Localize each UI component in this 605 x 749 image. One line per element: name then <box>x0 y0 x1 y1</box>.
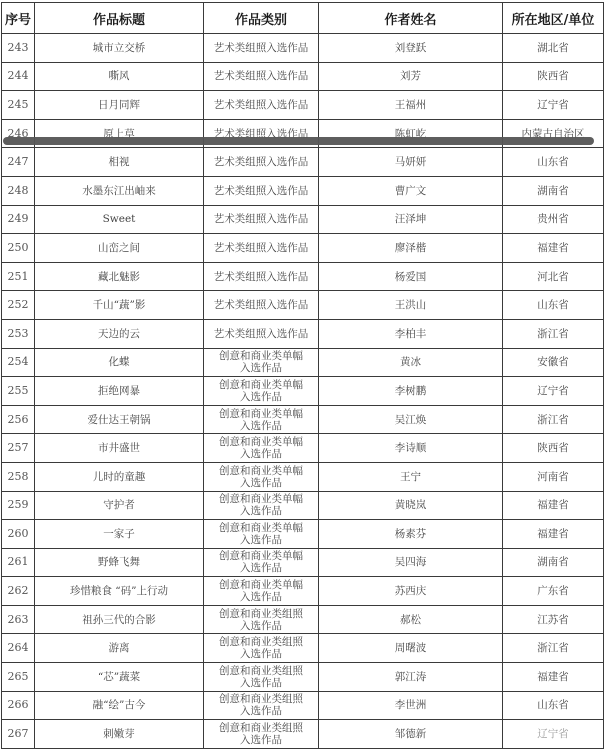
category-line-1: 创意和商业类组照 <box>219 722 303 734</box>
cell-author: 黄晓岚 <box>319 491 503 520</box>
category-line-2: 入选作品 <box>240 420 282 432</box>
cell-title: 藏北魅影 <box>35 262 204 291</box>
cell-number: 248 <box>2 176 35 205</box>
cell-region: 福建省 <box>503 663 604 692</box>
cell-region: 河北省 <box>503 262 604 291</box>
cell-category: 创意和商业类单幅入选作品 <box>204 377 319 406</box>
category-line-1: 创意和商业类单幅 <box>219 465 303 477</box>
cell-author: 王宁 <box>319 462 503 491</box>
cell-category: 创意和商业类组照入选作品 <box>204 663 319 692</box>
category-line-2: 入选作品 <box>240 362 282 374</box>
category-line-1: 创意和商业类单幅 <box>219 350 303 362</box>
cell-region: 广东省 <box>503 577 604 606</box>
cell-title: 爱仕达王朝锅 <box>35 405 204 434</box>
cell-title: 游离 <box>35 634 204 663</box>
cell-author: 李世洲 <box>319 691 503 720</box>
cell-author: 周曙波 <box>319 634 503 663</box>
table-row: 247 相视 艺术类组照入选作品 马妍妍 山东省 <box>2 148 604 177</box>
header-author: 作者姓名 <box>319 3 503 34</box>
cell-author: 杨爱国 <box>319 262 503 291</box>
cell-region: 河南省 <box>503 462 604 491</box>
cell-region: 福建省 <box>503 520 604 549</box>
award-list-table: 序号 作品标题 作品类别 作者姓名 所在地区/单位 243 城市立交桥 艺术类组… <box>1 2 604 749</box>
cell-category: 艺术类组照入选作品 <box>204 234 319 263</box>
cell-region: 浙江省 <box>503 405 604 434</box>
cell-title: 相视 <box>35 148 204 177</box>
category-line-2: 入选作品 <box>240 391 282 403</box>
cell-category: 创意和商业类单幅入选作品 <box>204 520 319 549</box>
cell-title: 珍惜粮食 “码”上行动 <box>35 577 204 606</box>
cell-category: 艺术类组照入选作品 <box>204 176 319 205</box>
document-sheet: 序号 作品标题 作品类别 作者姓名 所在地区/单位 243 城市立交桥 艺术类组… <box>1 2 603 749</box>
cell-category: 艺术类组照入选作品 <box>204 205 319 234</box>
cell-category: 创意和商业类组照入选作品 <box>204 720 319 749</box>
category-line-2: 入选作品 <box>240 562 282 574</box>
cell-category: 艺术类组照入选作品 <box>204 291 319 320</box>
table-row: 253 天边的云 艺术类组照入选作品 李柏丰 浙江省 <box>2 319 604 348</box>
cell-author: 马妍妍 <box>319 148 503 177</box>
horizontal-scrollbar-thumb[interactable] <box>3 137 594 145</box>
cell-title: 千山“蔬”影 <box>35 291 204 320</box>
table-row: 263 祖孙三代的合影 创意和商业类组照入选作品 郝松 江苏省 <box>2 605 604 634</box>
cell-title: 守护者 <box>35 491 204 520</box>
table-row: 267 刺嫩芽 创意和商业类组照入选作品 邹德新 辽宁省 <box>2 720 604 749</box>
cell-number: 265 <box>2 663 35 692</box>
cell-number: 257 <box>2 434 35 463</box>
table-header-row: 序号 作品标题 作品类别 作者姓名 所在地区/单位 <box>2 3 604 34</box>
cell-category: 艺术类组照入选作品 <box>204 148 319 177</box>
category-line-1: 创意和商业类组照 <box>219 636 303 648</box>
header-region: 所在地区/单位 <box>503 3 604 34</box>
cell-title: 水墨东江出岫来 <box>35 176 204 205</box>
cell-number: 266 <box>2 691 35 720</box>
cell-title: 化蝶 <box>35 348 204 377</box>
cell-region: 浙江省 <box>503 634 604 663</box>
cell-category: 创意和商业类单幅入选作品 <box>204 491 319 520</box>
cell-author: 吴江焕 <box>319 405 503 434</box>
cell-number: 267 <box>2 720 35 749</box>
cell-author: 廖泽楷 <box>319 234 503 263</box>
table-row: 260 一家子 创意和商业类单幅入选作品 杨素芬 福建省 <box>2 520 604 549</box>
table-row: 264 游离 创意和商业类组照入选作品 周曙波 浙江省 <box>2 634 604 663</box>
category-line-2: 入选作品 <box>240 620 282 632</box>
cell-author: 郝松 <box>319 605 503 634</box>
category-line-1: 创意和商业类组照 <box>219 693 303 705</box>
cell-author: 黄冰 <box>319 348 503 377</box>
cell-category: 创意和商业类组照入选作品 <box>204 691 319 720</box>
table-row: 257 市井盛世 创意和商业类单幅入选作品 李诗顺 陕西省 <box>2 434 604 463</box>
cell-region: 辽宁省 <box>503 91 604 120</box>
cell-number: 247 <box>2 148 35 177</box>
cell-author: 王洪山 <box>319 291 503 320</box>
cell-number: 249 <box>2 205 35 234</box>
cell-category: 创意和商业类单幅入选作品 <box>204 462 319 491</box>
cell-author: 曹广文 <box>319 176 503 205</box>
cell-author: 苏西庆 <box>319 577 503 606</box>
cell-number: 258 <box>2 462 35 491</box>
table-row: 266 融“绘”古今 创意和商业类组照入选作品 李世洲 山东省 <box>2 691 604 720</box>
category-line-2: 入选作品 <box>240 448 282 460</box>
header-category: 作品类别 <box>204 3 319 34</box>
cell-title: 野蜂飞舞 <box>35 548 204 577</box>
cell-region: 湖南省 <box>503 548 604 577</box>
cell-region: 山东省 <box>503 148 604 177</box>
cell-number: 253 <box>2 319 35 348</box>
cell-number: 262 <box>2 577 35 606</box>
cell-number: 254 <box>2 348 35 377</box>
cell-title: 山峦之间 <box>35 234 204 263</box>
cell-category: 艺术类组照入选作品 <box>204 262 319 291</box>
cell-region: 辽宁省 <box>503 720 604 749</box>
category-line-1: 创意和商业类单幅 <box>219 493 303 505</box>
category-line-1: 创意和商业类单幅 <box>219 550 303 562</box>
cell-title: 刺嫩芽 <box>35 720 204 749</box>
category-line-2: 入选作品 <box>240 648 282 660</box>
category-line-1: 创意和商业类组照 <box>219 665 303 677</box>
table-row: 244 嘶风 艺术类组照入选作品 刘芳 陕西省 <box>2 62 604 91</box>
category-line-1: 创意和商业类单幅 <box>219 522 303 534</box>
cell-title: 城市立交桥 <box>35 34 204 63</box>
cell-region: 福建省 <box>503 234 604 263</box>
cell-number: 261 <box>2 548 35 577</box>
cell-number: 251 <box>2 262 35 291</box>
cell-category: 创意和商业类单幅入选作品 <box>204 348 319 377</box>
table-row: 252 千山“蔬”影 艺术类组照入选作品 王洪山 山东省 <box>2 291 604 320</box>
table-row: 258 儿时的童趣 创意和商业类单幅入选作品 王宁 河南省 <box>2 462 604 491</box>
cell-title: 拒绝网暴 <box>35 377 204 406</box>
cell-number: 243 <box>2 34 35 63</box>
category-line-2: 入选作品 <box>240 591 282 603</box>
cell-region: 浙江省 <box>503 319 604 348</box>
cell-category: 创意和商业类组照入选作品 <box>204 634 319 663</box>
cell-category: 艺术类组照入选作品 <box>204 319 319 348</box>
cell-title: “芯”蔬菜 <box>35 663 204 692</box>
cell-region: 山东省 <box>503 691 604 720</box>
cell-number: 264 <box>2 634 35 663</box>
cell-author: 刘登跃 <box>319 34 503 63</box>
category-line-2: 入选作品 <box>240 505 282 517</box>
cell-author: 杨素芬 <box>319 520 503 549</box>
category-line-1: 创意和商业类单幅 <box>219 579 303 591</box>
cell-category: 艺术类组照入选作品 <box>204 62 319 91</box>
cell-number: 260 <box>2 520 35 549</box>
table-row: 250 山峦之间 艺术类组照入选作品 廖泽楷 福建省 <box>2 234 604 263</box>
category-line-2: 入选作品 <box>240 534 282 546</box>
cell-category: 创意和商业类单幅入选作品 <box>204 577 319 606</box>
table-row: 251 藏北魅影 艺术类组照入选作品 杨爱国 河北省 <box>2 262 604 291</box>
cell-region: 贵州省 <box>503 205 604 234</box>
cell-number: 252 <box>2 291 35 320</box>
cell-author: 郭江涛 <box>319 663 503 692</box>
table-row: 248 水墨东江出岫来 艺术类组照入选作品 曹广文 湖南省 <box>2 176 604 205</box>
cell-number: 255 <box>2 377 35 406</box>
cell-author: 汪泽坤 <box>319 205 503 234</box>
cell-region: 安徽省 <box>503 348 604 377</box>
category-line-2: 入选作品 <box>240 705 282 717</box>
cell-author: 刘芳 <box>319 62 503 91</box>
cell-title: 融“绘”古今 <box>35 691 204 720</box>
cell-title: 天边的云 <box>35 319 204 348</box>
cell-category: 创意和商业类组照入选作品 <box>204 605 319 634</box>
cell-region: 陕西省 <box>503 434 604 463</box>
cell-title: 嘶风 <box>35 62 204 91</box>
table-row: 255 拒绝网暴 创意和商业类单幅入选作品 李树鹏 辽宁省 <box>2 377 604 406</box>
cell-title: 一家子 <box>35 520 204 549</box>
table-row: 262 珍惜粮食 “码”上行动 创意和商业类单幅入选作品 苏西庆 广东省 <box>2 577 604 606</box>
cell-region: 陕西省 <box>503 62 604 91</box>
cell-author: 李树鹏 <box>319 377 503 406</box>
table-row: 259 守护者 创意和商业类单幅入选作品 黄晓岚 福建省 <box>2 491 604 520</box>
cell-title: 市井盛世 <box>35 434 204 463</box>
category-line-2: 入选作品 <box>240 677 282 689</box>
header-title: 作品标题 <box>35 3 204 34</box>
cell-region: 辽宁省 <box>503 377 604 406</box>
category-line-1: 创意和商业类单幅 <box>219 408 303 420</box>
category-line-1: 创意和商业类单幅 <box>219 379 303 391</box>
cell-region: 山东省 <box>503 291 604 320</box>
table-row: 261 野蜂飞舞 创意和商业类单幅入选作品 吴四海 湖南省 <box>2 548 604 577</box>
cell-number: 263 <box>2 605 35 634</box>
category-line-2: 入选作品 <box>240 734 282 746</box>
cell-number: 259 <box>2 491 35 520</box>
table-row: 256 爱仕达王朝锅 创意和商业类单幅入选作品 吴江焕 浙江省 <box>2 405 604 434</box>
category-line-2: 入选作品 <box>240 477 282 489</box>
category-line-1: 创意和商业类组照 <box>219 608 303 620</box>
cell-category: 艺术类组照入选作品 <box>204 34 319 63</box>
cell-title: 祖孙三代的合影 <box>35 605 204 634</box>
cell-number: 256 <box>2 405 35 434</box>
table-row: 245 日月同辉 艺术类组照入选作品 王福州 辽宁省 <box>2 91 604 120</box>
cell-category: 艺术类组照入选作品 <box>204 91 319 120</box>
header-number: 序号 <box>2 3 35 34</box>
table-row: 243 城市立交桥 艺术类组照入选作品 刘登跃 湖北省 <box>2 34 604 63</box>
cell-region: 福建省 <box>503 491 604 520</box>
cell-author: 李柏丰 <box>319 319 503 348</box>
cell-author: 邹德新 <box>319 720 503 749</box>
cell-title: 儿时的童趣 <box>35 462 204 491</box>
cell-author: 王福州 <box>319 91 503 120</box>
cell-region: 江苏省 <box>503 605 604 634</box>
cell-author: 李诗顺 <box>319 434 503 463</box>
cell-number: 245 <box>2 91 35 120</box>
cell-category: 创意和商业类单幅入选作品 <box>204 548 319 577</box>
table-row: 254 化蝶 创意和商业类单幅入选作品 黄冰 安徽省 <box>2 348 604 377</box>
cell-category: 创意和商业类单幅入选作品 <box>204 405 319 434</box>
cell-region: 湖北省 <box>503 34 604 63</box>
cell-author: 吴四海 <box>319 548 503 577</box>
cell-number: 244 <box>2 62 35 91</box>
cell-title: 日月同辉 <box>35 91 204 120</box>
table-row: 265 “芯”蔬菜 创意和商业类组照入选作品 郭江涛 福建省 <box>2 663 604 692</box>
table-row: 249 Sweet 艺术类组照入选作品 汪泽坤 贵州省 <box>2 205 604 234</box>
cell-number: 250 <box>2 234 35 263</box>
cell-title: Sweet <box>35 205 204 234</box>
cell-region: 湖南省 <box>503 176 604 205</box>
cell-category: 创意和商业类单幅入选作品 <box>204 434 319 463</box>
category-line-1: 创意和商业类单幅 <box>219 436 303 448</box>
